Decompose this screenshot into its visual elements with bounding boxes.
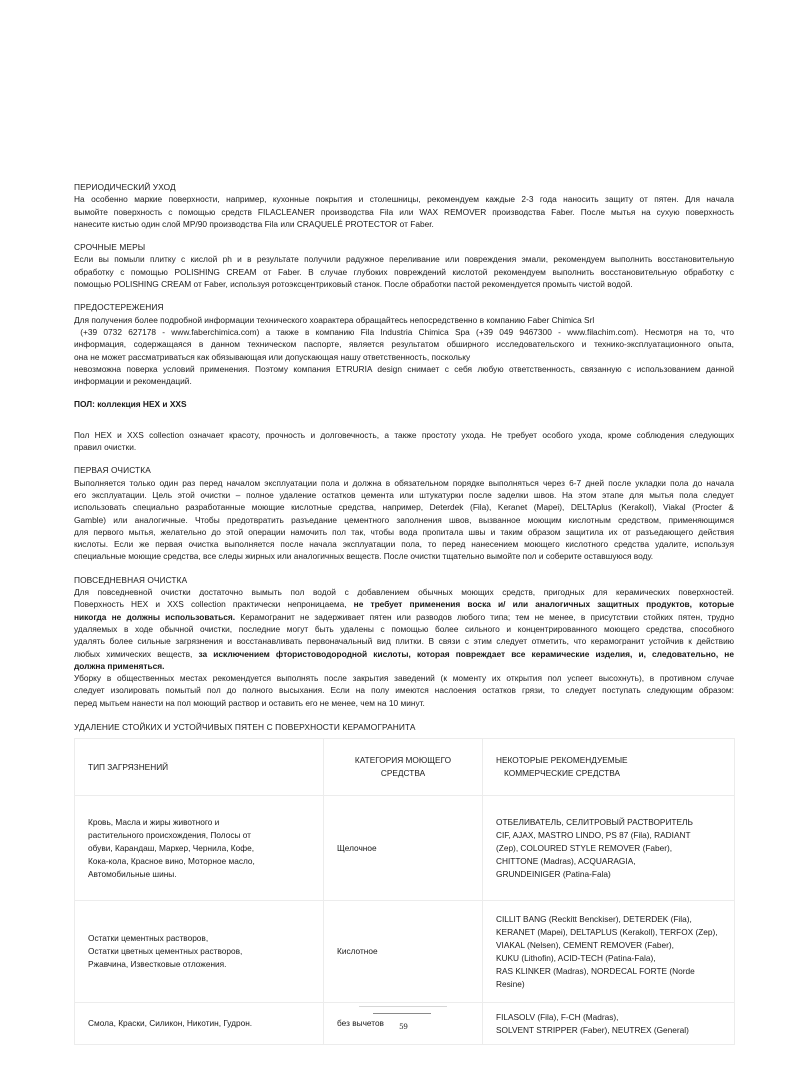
section-periodic-care: ПЕРИОДИЧЕСКИЙ УХОД На особенно маркие по… [74,181,734,230]
section-urgent-measures: СРОЧНЫЕ МЕРЫ Если вы помыли плитку с кис… [74,241,734,290]
text-line: перед мытьем нанести на пол моющий раств… [74,697,734,709]
cell-line: Кока-кола, Красное вино, Моторное масло, [88,855,310,868]
text-line: специальные моющие средства, все следы ж… [74,550,734,562]
table-row: Кровь, Масла и жиры животного и растител… [75,796,735,901]
text-line: для первого мытья, желательно до этой оп… [74,526,734,538]
document-page: ПЕРИОДИЧЕСКИЙ УХОД На особенно маркие по… [74,181,734,1045]
cell-line: Ржавчина, Известковые отложения. [88,958,310,971]
text-line: (+39 0732 627178 - www.faberchimica.com)… [74,326,734,338]
text-line: правил очистки. [74,441,734,453]
text-line: никогда не должны использоваться. Керамо… [74,611,734,623]
cell-line: Остатки цементных растворов, [88,932,310,945]
text-line: любых химических веществ, за исключением… [74,648,734,660]
cell-line: VIAKAL (Nelsen), CEMENT REMOVER (Faber), [496,939,721,952]
text-fragment: Поверхность HEX и XXS collection практич… [74,599,354,609]
text-line: невозможна поверка условий применения. П… [74,363,734,375]
header-line: КАТЕГОРИЯ МОЮЩЕГО [337,754,469,767]
stain-removal-table: ТИП ЗАГРЯЗНЕНИЙ КАТЕГОРИЯ МОЮЩЕГО СРЕДСТ… [74,738,735,1045]
text-line: На особенно маркие поверхности, например… [74,193,734,205]
text-line: информация, содержащаяся в данном технич… [74,338,734,350]
section-body: Для получения более подробной информации… [74,314,734,388]
cell-line: Остатки цветных цементных растворов, [88,945,310,958]
text-line: Gamble) или аналогичные. Чтобы предотвра… [74,514,734,526]
cell-stains: Кровь, Масла и жиры животного и растител… [75,796,324,901]
text-line: вымойте поверхность с помощью средств FI… [74,206,734,218]
cell-line: KERANET (Mapei), DELTAPLUS (Kerakoll), T… [496,926,721,939]
cell-line: KUKU (Lithofin), ACID-TECH (Patina-Fala)… [496,952,721,965]
section-heading: ПРЕДОСТЕРЕЖЕНИЯ [74,301,734,313]
text-line: Выполняется только один раз перед начало… [74,477,734,489]
column-header-category: КАТЕГОРИЯ МОЮЩЕГО СРЕДСТВА [324,739,483,796]
text-line: нанесите кистью один слой MP/90 производ… [74,218,734,230]
cell-line: обуви, Карандаш, Маркер, Чернила, Кофе, [88,842,310,855]
text-line: Если вы помыли плитку с кислой ph и в ре… [74,253,734,265]
text-line: его эксплуатации. Цель этой очистки – по… [74,489,734,501]
table-header-row: ТИП ЗАГРЯЗНЕНИЙ КАТЕГОРИЯ МОЮЩЕГО СРЕДСТ… [75,739,735,796]
table-row: Остатки цементных растворов, Остатки цве… [75,901,735,1003]
column-header-stain-type: ТИП ЗАГРЯЗНЕНИЙ [75,739,324,796]
section-body: Выполняется только один раз перед начало… [74,477,734,563]
text-line: Поверхность HEX и XXS collection практич… [74,598,734,610]
text-line: Пол HEX и XXS collection означает красот… [74,429,734,441]
text-line: она не может рассматриваться как обязыва… [74,351,734,363]
header-line: НЕКОТОРЫЕ РЕКОМЕНДУЕМЫЕ [496,754,721,767]
cell-line: растительного происхождения, Полосы от [88,829,310,842]
column-header-products: НЕКОТОРЫЕ РЕКОМЕНДУЕМЫЕ КОММЕРЧЕСКИЕ СРЕ… [483,739,735,796]
text-line: кислоты. Если же первая очистка выполняе… [74,538,734,550]
table-title: УДАЛЕНИЕ СТОЙКИХ И УСТОЙЧИВЫХ ПЯТЕН С ПО… [74,721,734,733]
text-line: Для повседневной очистки достаточно вымы… [74,586,734,598]
footer-divider [359,1006,447,1007]
text-fragment: Керамогранит не задерживает пятен или ра… [235,612,734,622]
text-line: использовать специально разработанные мо… [74,501,734,513]
cell-stains: Остатки цементных растворов, Остатки цве… [75,901,324,1003]
cell-line: (Zep), COLOURED STYLE REMOVER (Faber), [496,842,721,855]
floor-collection-title: ПОЛ: коллекция HEX и XXS [74,398,734,410]
text-line: удаляемых в ходе обычной очистки, послед… [74,623,734,635]
cell-line: RAS KLINKER (Madras), NORDECAL FORTE (No… [496,965,721,991]
text-fragment: любых химических веществ, [74,649,198,659]
footer-divider [373,1013,431,1014]
cell-line: CHITTONE (Madras), ACQUARAGIA, [496,855,721,868]
section-warnings: ПРЕДОСТЕРЕЖЕНИЯ Для получения более подр… [74,301,734,387]
section-body: На особенно маркие поверхности, например… [74,193,734,230]
section-heading: ПЕРИОДИЧЕСКИЙ УХОД [74,181,734,193]
cell-line: ОТБЕЛИВАТЕЛЬ, СЕЛИТРОВЫЙ РАСТВОРИТЕЛЬ [496,816,721,829]
text-line: должна применяться. [74,660,734,672]
bold-text-fragment: за исключением фтористоводородной кислот… [198,649,734,659]
header-line: КОММЕРЧЕСКИЕ СРЕДСТВА [496,767,721,780]
bold-text-fragment: не требует применения воска и/ или анало… [354,599,734,609]
header-line: СРЕДСТВА [337,767,469,780]
section-body: Если вы помыли плитку с кислой ph и в ре… [74,253,734,290]
section-heading: ПЕРВАЯ ОЧИСТКА [74,464,734,476]
section-body: Для повседневной очистки достаточно вымы… [74,586,734,709]
bold-text-fragment: никогда не должны использоваться. [74,612,235,622]
cell-category: Кислотное [324,901,483,1003]
text-line: обработку с помощью POLISHING CREAM от F… [74,266,734,278]
text-line: следует изолировать помытый пол до полно… [74,684,734,696]
section-first-cleaning: ПЕРВАЯ ОЧИСТКА Выполняется только один р… [74,464,734,562]
text-line: помощью POLISHING CREAM от Faber, исполь… [74,278,734,290]
section-floor-intro: Пол HEX и XXS collection означает красот… [74,429,734,454]
text-line: информации и рекомендаций. [74,375,734,387]
cell-line: CILLIT BANG (Reckitt Benckiser), DETERDE… [496,913,721,926]
cell-line: CIF, AJAX, MASTRO LINDO, PS 87 (Fila), R… [496,829,721,842]
page-number: 59 [0,1021,807,1031]
cell-line: GRUNDEINIGER (Patina-Fala) [496,868,721,881]
cell-line: Автомобильные шины. [88,868,310,881]
section-heading: СРОЧНЫЕ МЕРЫ [74,241,734,253]
text-line: удалять более сильные загрязнения и восс… [74,635,734,647]
section-daily-cleaning: ПОВСЕДНЕВНАЯ ОЧИСТКА Для повседневной оч… [74,574,734,709]
section-heading: ПОВСЕДНЕВНАЯ ОЧИСТКА [74,574,734,586]
text-line: Уборку в общественных местах рекомендует… [74,672,734,684]
cell-line: Кровь, Масла и жиры животного и [88,816,310,829]
cell-category: Щелочное [324,796,483,901]
cell-products: CILLIT BANG (Reckitt Benckiser), DETERDE… [483,901,735,1003]
section-body: Пол HEX и XXS collection означает красот… [74,429,734,454]
cell-products: ОТБЕЛИВАТЕЛЬ, СЕЛИТРОВЫЙ РАСТВОРИТЕЛЬ CI… [483,796,735,901]
text-line: Для получения более подробной информации… [74,314,734,326]
